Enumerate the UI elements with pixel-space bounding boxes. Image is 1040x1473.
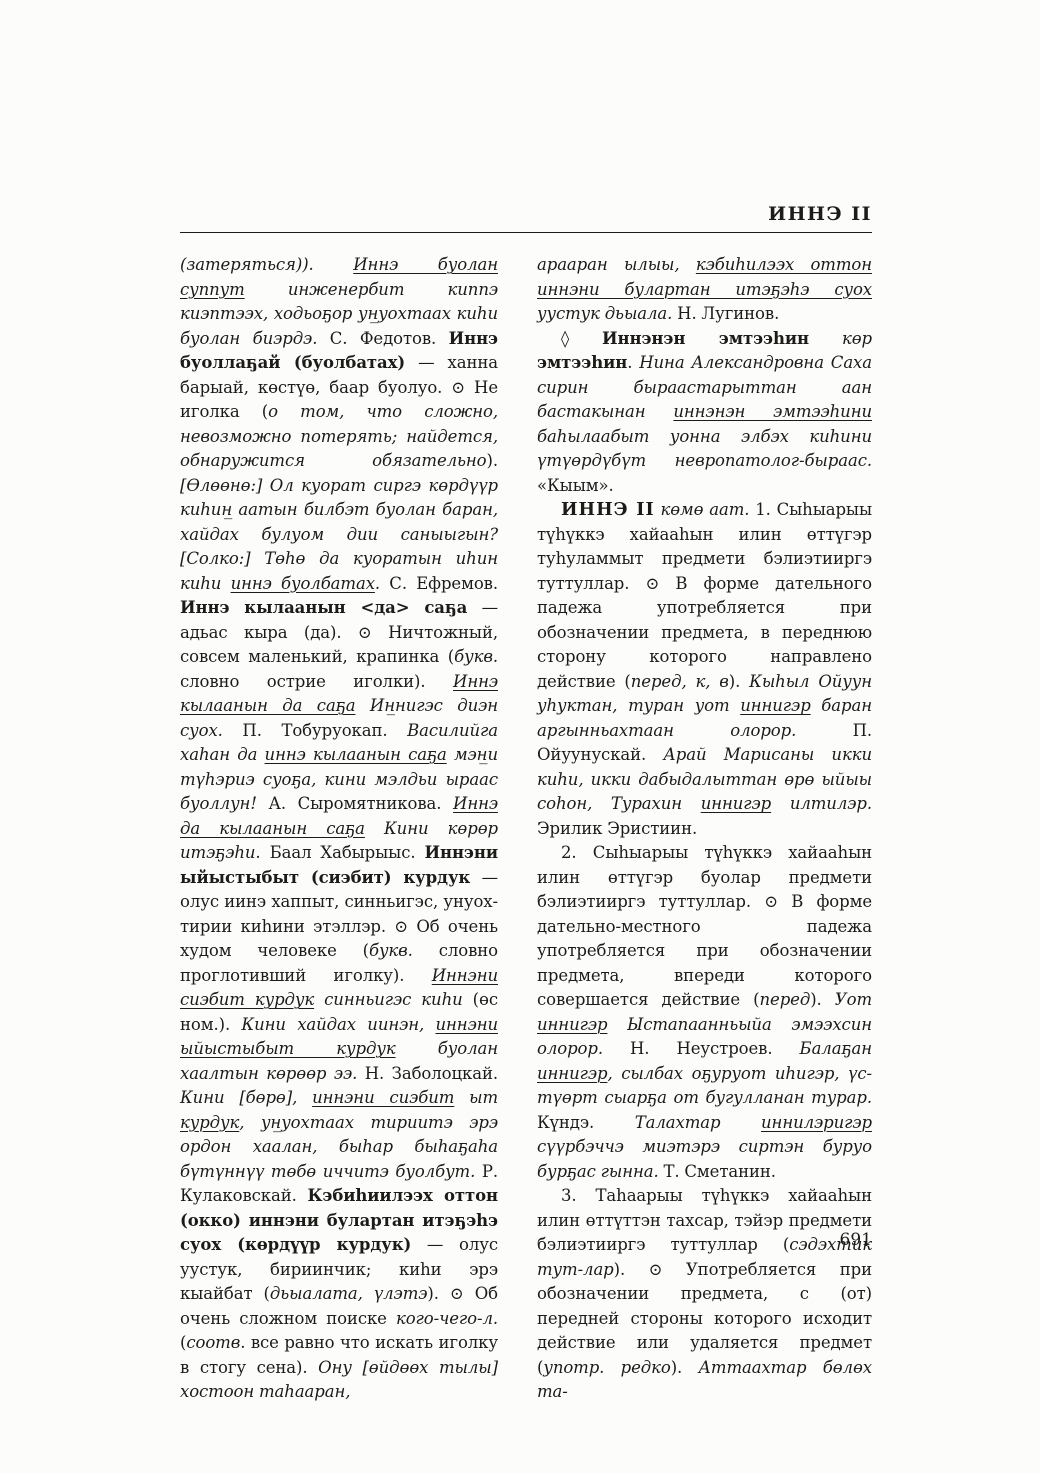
text-segment: букв. [454, 647, 498, 666]
text-segment: С. Федотов. [317, 329, 448, 348]
text-segment: 2. Сыһыарыы түһүккэ хайааһын илин өттүгэ… [537, 843, 872, 1009]
text-segment: Уот [835, 990, 872, 1009]
text-segment: уустук дьыала. [537, 304, 672, 323]
text-segment: П. Тобуруокап. [223, 721, 407, 740]
text-segment: ◊ [561, 329, 602, 348]
text-segment: Күндэ. [537, 1113, 635, 1132]
header-rule [180, 232, 872, 233]
paragraph: ◊ Иннэнэн эмтээһин көр эмтээһин. Нина Ал… [537, 327, 872, 499]
text-segment: ). [671, 1358, 699, 1377]
text-segment: Н. Неустроев. [603, 1039, 800, 1058]
running-head: ИННЭ II [180, 203, 872, 225]
text-segment: ИННЭ II [561, 500, 655, 520]
text-segment: синньигэс киһи [314, 990, 463, 1009]
text-segment: илтилэр. [771, 794, 872, 813]
text-segment: иннигэр [701, 794, 771, 813]
text-segment: Кини хайдах иинэн, [241, 1015, 435, 1034]
paragraph: 2. Сыһыарыы түһүккэ хайааһын илин өттүгэ… [537, 841, 872, 1184]
text-segment: курдук [180, 1113, 239, 1132]
text-segment: иннэ кылаанын саҕа [265, 745, 447, 764]
text-segment: иннилэригэр [761, 1113, 872, 1132]
text-segment: ). [810, 990, 835, 1009]
text-segment: словно острие иголки). [180, 672, 453, 691]
paragraph: арааран ылыы, кэбиһилээх оттон иннэни бу… [537, 253, 872, 327]
text-segment: кого-чего-л. [396, 1309, 498, 1328]
text-segment: ). [487, 451, 498, 470]
text-segment: Н. Лугинов. [672, 304, 779, 323]
text-segment: Т. Сметанин. [659, 1162, 776, 1181]
text-segment: употр. редко [543, 1358, 670, 1377]
text-segment: көр [809, 329, 872, 348]
text-segment: арааран ылыы, [537, 255, 696, 274]
text-segment: «Кыым». [537, 476, 614, 495]
text-segment: көмө аат. [660, 500, 749, 519]
text-segment: перед, к, в [631, 672, 729, 691]
paragraph: 3. Таһаарыы түһүккэ хайааһын илин өттүтт… [537, 1184, 872, 1405]
text-segment: Эрилик Эристиин. [537, 819, 697, 838]
text-segment: ). [729, 672, 749, 691]
text-segment: Иннэ кылаанын <да> саҕа [180, 598, 467, 617]
text-segment: баһылаабыт уонна элбэх киһини үтүөрдүбүт… [537, 427, 872, 471]
dictionary-page: ИННЭ II (затеряться)). Иннэ буолан суппу… [0, 0, 1040, 1473]
text-segment: Баал Хабырыыс. [261, 843, 425, 862]
text-segment: (затеряться)). [180, 255, 353, 274]
text-segment: эмтээһин [537, 353, 627, 372]
text-segment: иннигэр [740, 696, 810, 715]
text-segment: соотв. [186, 1333, 245, 1352]
text-segment: иннэ буолбатах [231, 574, 375, 593]
text-segment: С. Ефремов. [380, 574, 498, 593]
text-segment: Балаҕан [800, 1039, 872, 1058]
text-segment: букв. [369, 941, 413, 960]
text-segment: 1. Сыһыарыы түһүккэ хайааһын илин өттүгэ… [537, 500, 872, 691]
text-segment: А. Сыромятникова. [257, 794, 453, 813]
text-segment: иннигэр [537, 1015, 607, 1034]
text-segment: Н. Заболоцкай. [357, 1064, 498, 1083]
text-segment: перед [760, 990, 811, 1009]
text-segment: Талахтар [635, 1113, 761, 1132]
paragraph: ИННЭ II көмө аат. 1. Сыһыарыы түһүккэ ха… [537, 498, 872, 841]
text-segment: Иннэнэн эмтээһин [602, 329, 809, 348]
text-segment: Кини [бөрө], [180, 1088, 312, 1107]
page-number: 691 [180, 1230, 872, 1250]
text-segment: иннэни сиэбит [312, 1088, 454, 1107]
text-segment: иннигэр [537, 1064, 607, 1083]
text-segment: дьыалата, үлэтэ [270, 1284, 428, 1303]
text-segment: ыт [454, 1088, 498, 1107]
text-segment: . [627, 353, 639, 372]
text-segment: иннэнэн эмтээһини [673, 402, 872, 421]
page-content: ИННЭ II (затеряться)). Иннэ буолан суппу… [180, 203, 872, 1405]
